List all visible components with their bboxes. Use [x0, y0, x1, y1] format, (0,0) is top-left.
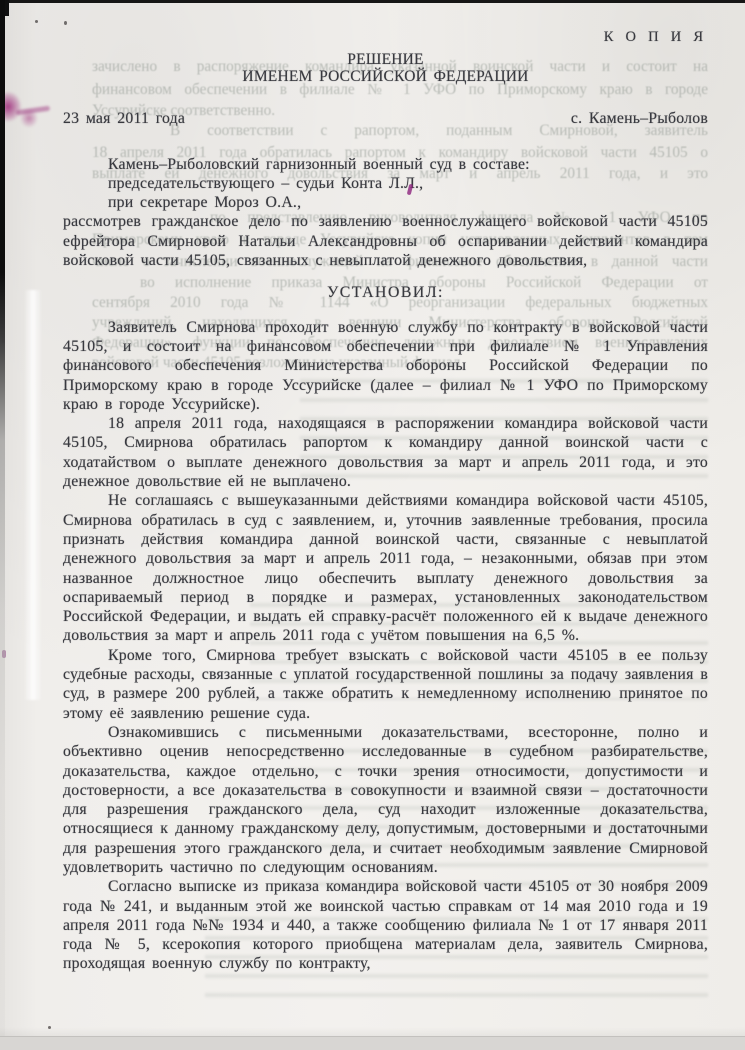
body-paragraph-2: 18 апреля 2011 года, находящаяся в распо… — [63, 414, 708, 491]
decision-date: 23 мая 2011 года — [63, 109, 185, 128]
scanner-edge-left — [0, 0, 5, 1050]
decision-title: РЕШЕНИЕ — [63, 51, 708, 68]
scanned-court-decision-page: зачислено в распоряжение командира указа… — [0, 0, 745, 1050]
body-paragraph-4: Кроме того, Смирнова требует взыскать с … — [63, 646, 708, 723]
court-composition-line-1: Камень–Рыболовский гарнизонный военный с… — [63, 155, 708, 174]
decision-place: с. Камень–Рыболов — [571, 109, 708, 128]
paper-speck-1 — [35, 20, 38, 23]
section-heading-ustanovil: УСТАНОВИЛ: — [63, 283, 708, 302]
decision-subtitle: ИМЕНЕМ РОССИЙСКОЙ ФЕДЕРАЦИИ — [63, 68, 708, 85]
court-composition: Камень–Рыболовский гарнизонный военный с… — [63, 155, 708, 271]
scanner-edge-bottom — [0, 1036, 745, 1050]
document-content: К О П И Я РЕШЕНИЕ ИМЕНЕМ РОССИЙСКОЙ ФЕДЕ… — [0, 0, 745, 1050]
body-paragraph-3: Не соглашаясь с вышеуказанными действиям… — [63, 491, 708, 645]
paper-speck-2 — [64, 21, 67, 25]
body-paragraph-6: Согласно выписке из приказа командира во… — [63, 877, 708, 973]
body-paragraph-5: Ознакомившись с письменными доказательст… — [63, 723, 708, 877]
body-paragraph-1: Заявитель Смирнова проходит военную служ… — [63, 318, 708, 414]
court-composition-line-3: при секретаре Мороз О.А., — [63, 193, 708, 212]
copy-label: К О П И Я — [63, 28, 708, 47]
case-description: рассмотрев гражданское дело по заявлению… — [63, 212, 708, 270]
court-composition-line-2: председательствующего – судьи Конта Л.Л.… — [63, 174, 708, 193]
dateline: 23 мая 2011 года с. Камень–Рыболов — [63, 109, 708, 128]
scanner-edge-top — [0, 0, 745, 3]
paper-crease — [24, 290, 42, 700]
